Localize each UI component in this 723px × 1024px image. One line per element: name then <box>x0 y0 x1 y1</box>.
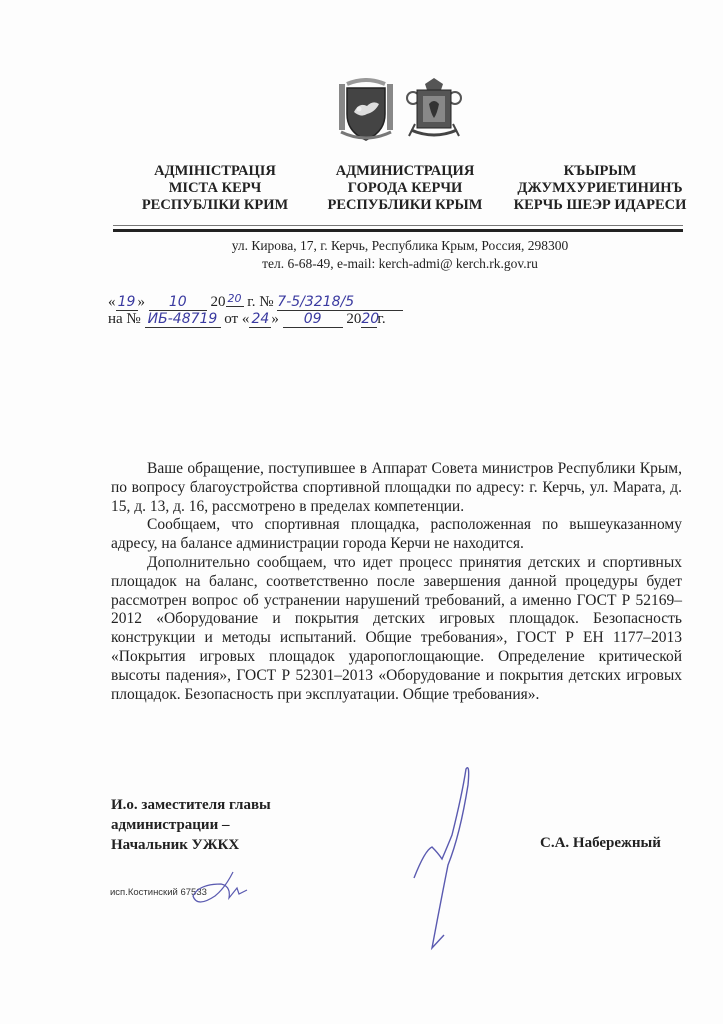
org-line: МІСТА КЕРЧ <box>130 180 300 197</box>
address-line: ул. Кирова, 17, г. Керчь, Республика Кры… <box>140 237 660 255</box>
letter-body: Ваше обращение, поступившее в Аппарат Со… <box>111 460 682 704</box>
header-divider-thin <box>113 225 683 226</box>
year-prefix: 20 <box>346 311 361 327</box>
paragraph: Дополнительно сообщаем, что идет процесс… <box>111 554 682 704</box>
title-line: И.о. заместителя главы <box>111 795 271 815</box>
incoming-reference: на № ИБ-48719 от «24» 09 2020г. <box>108 310 386 328</box>
quote: » <box>271 311 279 327</box>
ref-from-label: от <box>224 311 238 327</box>
title-line: администрации – <box>111 815 271 835</box>
paragraph: Ваше обращение, поступившее в Аппарат Со… <box>111 460 682 516</box>
org-name-crimean-tatar: КЪЫРЫМ ДЖУМХУРИЕТИНИНЪ КЕРЧЬ ШЕЭР ИДАРЕС… <box>500 163 700 214</box>
org-line: ДЖУМХУРИЕТИНИНЪ <box>500 180 700 197</box>
org-name-russian: АДМИНИСТРАЦИЯ ГОРОДА КЕРЧИ РЕСПУБЛИКИ КР… <box>305 163 505 214</box>
org-line: АДМИНИСТРАЦИЯ <box>305 163 505 180</box>
title-line: Начальник УЖКХ <box>111 835 271 855</box>
crimea-coat-of-arms-icon <box>337 78 395 142</box>
org-line: РЕСПУБЛИКИ КРЫМ <box>305 197 505 214</box>
org-line: РЕСПУБЛІКИ КРИМ <box>130 197 300 214</box>
ref-year-suffix: 20 <box>361 312 377 328</box>
outgoing-number: 7-5/3218/5 <box>277 295 403 311</box>
org-line: КЕРЧЬ ШЕЭР ИДАРЕСИ <box>500 197 700 214</box>
ref-day: 24 <box>249 312 271 328</box>
handwritten-signature-icon <box>380 755 500 955</box>
quote: » <box>138 294 146 310</box>
org-line: АДМІНІСТРАЦІЯ <box>130 163 300 180</box>
outgoing-registration: «19» 10 2020 г. № 7-5/3218/5 <box>108 291 403 311</box>
org-line: ГОРОДА КЕРЧИ <box>305 180 505 197</box>
date-month: 10 <box>149 295 207 311</box>
ref-number: ИБ-48719 <box>145 312 221 328</box>
emblems <box>330 78 470 142</box>
date-day: 19 <box>116 295 138 311</box>
signatory-title: И.о. заместителя главы администрации – Н… <box>111 795 271 855</box>
quote: « <box>242 311 250 327</box>
signatory-name: С.А. Набережный <box>540 835 661 852</box>
org-line: КЪЫРЫМ <box>500 163 700 180</box>
initials-signature-icon <box>185 868 255 918</box>
year-label: г. <box>247 294 255 310</box>
kerch-coat-of-arms-icon <box>405 78 463 142</box>
year-suffix: 20 <box>226 291 244 307</box>
quote: « <box>108 294 116 310</box>
paragraph: Сообщаем, что спортивная площадка, распо… <box>111 516 682 554</box>
ref-month: 09 <box>283 312 343 328</box>
year-prefix: 20 <box>211 294 226 310</box>
number-label: № <box>259 294 273 310</box>
year-label: г. <box>377 311 385 327</box>
header-divider-thick <box>113 229 683 232</box>
org-name-ukrainian: АДМІНІСТРАЦІЯ МІСТА КЕРЧ РЕСПУБЛІКИ КРИМ <box>130 163 300 214</box>
ref-label: на № <box>108 311 141 327</box>
contact-line: тел. 6-68-49, e-mail: kerch-admi@ kerch.… <box>140 255 660 273</box>
